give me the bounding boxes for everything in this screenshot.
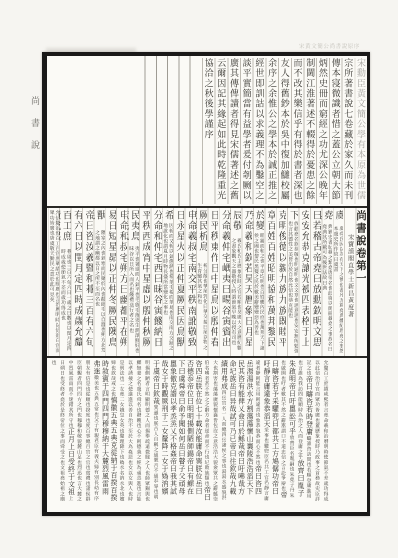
classic-text: 安安允恭克讓光被四表格于上	[298, 210, 309, 348]
register-chapter: 尚書說卷第一宋寶謨閣直學士新昌黃度著虞書虞舜氏因以為有天下之號也書凡五篇堯典雖紀…	[47, 208, 367, 358]
commentary-note: 典猶史書紀載之類堯唐帝名也此篇以簡冊載堯之事故名曰堯典其所載可為後世法故曰典	[321, 224, 332, 354]
text-column-main: 易日短星昴以正仲冬厥民隩鳥	[105, 210, 116, 354]
text-column-mixed: 堯典典猶史書紀載之類堯唐帝名也此篇以簡冊載堯之事故名曰堯典其所載可為後世法故曰典	[321, 210, 332, 354]
classic-text: 獸氄毛	[93, 210, 104, 230]
text-column-mixed: 下放勳堯名欽恭敬也明通明也文文章也思意思也安安無所勉強也言其德性之美皆出於自然允…	[286, 210, 297, 354]
text-column-main: 申命羲叔宅南交平秩南訛敬致	[184, 210, 195, 354]
classic-text: 辰敬授人時	[230, 210, 241, 238]
classic-text: 申命羲叔宅南交平秩南訛敬致	[184, 210, 195, 348]
text-column-mixed: 希革因析而又析以氣愈熱也希革毛希而革易也南交南方交趾之地訛化也謂夏月時物長盛所當…	[162, 210, 173, 354]
classic-text: 分命和仲宅西曰昧谷寅餞納日	[150, 210, 161, 348]
text-column-main: 章百姓百姓昭明協和萬邦黎民	[264, 210, 275, 354]
classic-text: 章百姓百姓昭明協和萬邦黎民	[264, 210, 275, 348]
commentary-note: 析分散也孳尾乳化曰孳交接曰尾以物之生育驗其氣之和也	[196, 263, 207, 354]
commentary-note: 夷平也暑退而人氣平也毛毨毛落更生潤澤鮮好也昧谷以日所入而名也餞禮送行者之名也	[127, 246, 138, 354]
classic-text: 克明俊德以親九族九族既睦平	[275, 210, 286, 348]
text-column-mixed: 辰敬授人時羲氏和氏主曆象授時之官若順也昊廣大之意曆紀數之書象觀天之器敬授人時謂節…	[230, 210, 241, 354]
preface-fade	[354, 56, 367, 206]
text-column-main: 有六日以閏月定四時成歲允釐	[71, 210, 82, 354]
text-column-main: 帝曰咨汝羲暨和朞三百有六旬	[82, 210, 93, 354]
classic-text: 民夷鳥獸毛毨	[127, 210, 138, 246]
text-column-main: 曰若稽古帝堯曰放勳欽明文思	[309, 210, 320, 354]
commentary-note: 朞周也三百六旬六日一歲之日數也以閏月定四時成歲使節氣不差而歲功得成也	[59, 249, 70, 354]
author-attribution: 宋寶謨閣直學士新昌黃度著	[343, 210, 354, 318]
margin-title-label: 尚書說	[29, 96, 42, 186]
preface-text: 宋勳臣黃文簡公學有本原為世儒宗所著書說七卷藏於家久而未刊傳本寖微識者惜之蓋公立朝…	[201, 58, 367, 204]
page-frame: 宋勳臣黃文簡公學有本原為世儒宗所著書說七卷藏於家久而未刊傳本寖微識者惜之蓋公立朝…	[42, 52, 370, 516]
text-column-mixed: 獸氄毛隩室之內也氣寒而民聚於內也氄細毛以自溫也朔方北荒之地謂之幽都以日之所不至而…	[93, 210, 104, 354]
text-column-main: 平秩西成宵中星虛以殷仲秋厥	[139, 210, 150, 354]
classic-text: 曰若稽古帝堯曰放勳欽明文思	[309, 210, 320, 348]
top-margin-annotation: 宋黃文簡公尚書說原序	[299, 42, 365, 50]
classic-text: 堯典	[321, 210, 332, 224]
classic-text: 平秩西成宵中星虛以殷仲秋厥	[139, 210, 150, 348]
classic-text: 帝曰咨汝羲暨和朞三百有六旬	[82, 210, 93, 348]
classic-text: 日永星火以正仲夏厥民因鳥獸	[173, 210, 184, 348]
text-column-note: 允信釐治也百工百官庶眾績功也熙廣也言治曆明時以信治百官而眾功皆廣也唐虞敬天勤民之…	[48, 210, 59, 354]
text-column-main: 申命和叔宅朔方曰幽都平在朔	[116, 210, 127, 354]
volume-title: 尚書說卷第一	[355, 210, 366, 285]
commentary-note: 允信釐治也百工百官庶眾績功也熙廣也言治曆明時以信治百官而眾功皆廣也唐虞敬天勤民之…	[48, 210, 59, 354]
text-column-mixed: 虞書虞舜氏因以為有天下之號也書凡五篇堯典雖紀唐堯之事然本虞史所作故曰虞書	[332, 210, 343, 354]
commentary-note: 因析而又析以氣愈熱也希革毛希而革易也南交南方交趾之地訛化也謂夏月時物長盛所當變化…	[162, 223, 173, 354]
classic-text: 於變時雍	[252, 210, 263, 233]
text-column-mixed: 民夷鳥獸毛毨夷平也暑退而人氣平也毛毨毛落更生潤澤鮮好也昧谷以日所入而名也餞禮送行…	[127, 210, 138, 354]
text-column-mixed: 百工庶績咸熙朞周也三百六旬六日一歲之日數也以閏月定四時成歲使節氣不差而歲功得成也	[59, 210, 70, 354]
register-preface: 宋勳臣黃文簡公學有本原為世儒宗所著書說七卷藏於家久而未刊傳本寖微識者惜之蓋公立朝…	[47, 56, 367, 208]
text-column-mixed: 於變時雍睦親而和之也平章均明也百姓畿內民庶也萬邦天下諸侯之國也黎民黑髮之民於歎美…	[252, 210, 263, 354]
classic-text: 下	[286, 210, 297, 221]
commentary-note: 放勳堯名欽恭敬也明通明也文文章也思意思也安安無所勉強也言其德性之美皆出於自然允信…	[286, 221, 297, 354]
commentary-note: 睦親而和之也平章均明也百姓畿內民庶也萬邦天下諸侯之國也黎民黑髮之民於歎美辭變變惡…	[252, 233, 263, 354]
commentary-run: 巽遜也朕古人自稱之通號否不通忝辱也明明揚側陋者言明顯明德之人而揚舉疏遠微賤之人也…	[110, 360, 158, 502]
empty-ruled-columns	[144, 56, 201, 206]
classic-text: 分命羲仲宅嵎夷曰暘谷寅賓出	[218, 210, 229, 348]
scanned-book-page: { "page": { "margin_label": "尚書說", "top_…	[0, 0, 398, 558]
text-column-title: 尚書說卷第一	[355, 210, 366, 354]
classic-quote: 帝曰疇咨若時登庸	[305, 376, 312, 436]
classic-text: 希革	[162, 210, 173, 223]
register-commentary: 允釐百工庶績咸熙者言堯命羲和治曆明時使節氣不差歲功得成以此信治百官而眾功皆廣也蓋…	[47, 358, 367, 504]
classic-text: 有六日以閏月定四時成歲允釐	[71, 210, 82, 348]
classic-text: 日平秩東作日中星鳥以殷仲春	[207, 210, 218, 348]
commentary-note: 隩室之內也氣寒而民聚於內也氄細毛以自溫也朔方北荒之地謂之幽都以日之所不至而名也	[93, 230, 104, 354]
text-column-main: 分命和仲宅西曰昧谷寅餞納日	[150, 210, 161, 354]
classic-text: 厥民析鳥獸孳尾	[196, 210, 207, 263]
classic-text: 申命和叔宅朔方曰幽都平在朔	[116, 210, 127, 348]
text-column-main: 分命羲仲宅嵎夷曰暘谷寅賓出	[218, 210, 229, 354]
text-column-mixed: 厥民析鳥獸孳尾析分散也孳尾乳化曰孳交接曰尾以物之生育驗其氣之和也	[196, 210, 207, 354]
text-column-main: 日永星火以正仲夏厥民因鳥獸	[173, 210, 184, 354]
classic-quote: 正月上日受終于文祖	[67, 428, 74, 496]
classic-quote: 帝曰咨四岳朕在位七十載汝能庸命巽朕位岳曰否德忝帝位曰明明揚側陋師錫帝曰有鰥在下曰…	[152, 360, 210, 501]
classic-text: 乃命羲和欽若昊天曆象日月星	[241, 210, 252, 348]
classic-text: 百工庶績咸熙	[59, 210, 70, 249]
text-column-main: 安安允恭克讓光被四表格于上	[298, 210, 309, 354]
text-column-main: 克明俊德以親九族九族既睦平	[275, 210, 286, 354]
text-column-main: 乃命羲和欽若昊天曆象日月星	[241, 210, 252, 354]
text-column-attr: 宋寶謨閣直學士新昌黃度著	[343, 210, 354, 354]
classic-text: 易日短星昴以正仲冬厥民隩鳥	[105, 210, 116, 348]
classic-text: 虞書	[332, 210, 343, 226]
commentary-text: 允釐百工庶績咸熙者言堯命羲和治曆明時使節氣不差歲功得成以此信治百官而眾功皆廣也蓋…	[48, 360, 329, 502]
text-column-main: 日平秩東作日中星鳥以殷仲春	[207, 210, 218, 354]
commentary-note: 虞舜氏因以為有天下之號也書凡五篇堯典雖紀唐堯之事然本虞史所作故曰虞書	[332, 226, 343, 354]
commentary-note: 羲氏和氏主曆象授時之官若順也昊廣大之意曆紀數之書象觀天之器敬授人時謂節氣早晚以授…	[230, 238, 241, 354]
